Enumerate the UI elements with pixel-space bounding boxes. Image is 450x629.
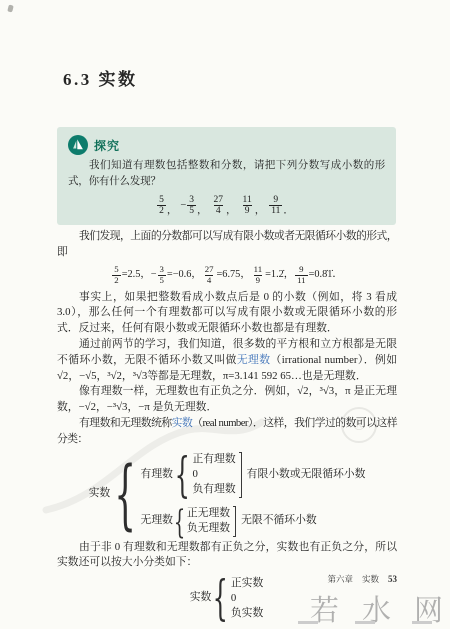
brace: { [114, 456, 136, 532]
brace: { [213, 574, 228, 622]
diagram-item: 0 [231, 591, 236, 606]
fraction: 119， [240, 195, 269, 217]
branch-label: 有理数 [141, 467, 173, 483]
fraction: 274， [211, 195, 240, 217]
scan-speck [7, 4, 14, 12]
paragraph-signs: 像有理数一样，无理数也有正负之分．例如，√2，³√3，π 是正无理数，−√2，−… [57, 384, 397, 416]
diagram-root: 实数 [89, 486, 111, 502]
classification-diagram-1: 实数 { 有理数 { 正有理数 0 负有理数 有限小数或无限循环小数 无理数 {… [57, 451, 397, 538]
footer-chapter: 第六章 [327, 573, 353, 585]
branch-note: 无限不循环小数 [241, 513, 317, 529]
footer-section: 实数 [362, 573, 379, 585]
right-bracket [239, 452, 242, 498]
branch-label: 无理数 [141, 513, 173, 529]
watermark-subtext [298, 621, 432, 624]
fraction: 52， [156, 195, 180, 217]
paragraph-sign-classification: 由于非 0 有理数和无理数都有正负之分，实数也有正负之分，所以实数还可以按大小分… [57, 540, 397, 572]
paragraph-discovery: 我们发现，上面的分数都可以写成有限小数或者无限循环小数的形式，即 [57, 229, 397, 261]
brace: { [175, 451, 190, 499]
equation: 274=6.75， [202, 265, 251, 285]
diagram-item: 正无理数 [187, 506, 230, 521]
diagram-item: 负实数 [231, 606, 263, 621]
explore-label: 探究 [94, 137, 120, 154]
branch-irrational: 无理数 { 正无理数 负无理数 无限不循环小数 [141, 505, 366, 538]
explore-header: 探究 [68, 134, 385, 156]
equation: 911=0.8̇1̇． [294, 265, 343, 285]
page-footer: 第六章 实数 53 [327, 573, 397, 585]
diagram-item: 0 [192, 467, 235, 482]
fraction: −35， [180, 195, 210, 217]
footer-page-number: 53 [388, 574, 397, 584]
explore-fraction-list: 52， −35， 274， 119， 911． [68, 195, 385, 217]
paragraph-irrational: 通过前两节的学习，我们知道，很多数的平方根和立方根都是无限不循环小数，无限不循环… [57, 337, 397, 384]
branch-note: 有限小数或无限循环小数 [247, 467, 366, 483]
explore-sail-icon [68, 135, 88, 155]
equation: 119=1.2̇， [251, 265, 294, 285]
diagram-root: 实数 [190, 590, 212, 606]
right-bracket [233, 506, 236, 537]
brace: { [174, 505, 186, 538]
section-title: 6.3 实数 [63, 65, 138, 90]
equation: −35=−0.6， [151, 265, 202, 285]
branch-rational: 有理数 { 正有理数 0 负有理数 有限小数或无限循环小数 [141, 451, 366, 499]
decimal-equations: 52=2.5， −35=−0.6， 274=6.75， 119=1.2̇， 91… [57, 262, 397, 289]
term-real: 实数 [172, 417, 193, 429]
body-text: 我们发现，上面的分数都可以写成有限小数或者无限循环小数的形式，即 52=2.5，… [57, 229, 397, 624]
equation: 52=2.5， [111, 265, 150, 285]
paragraph-real: 有理数和无理数统称实数（real number）．这样，我们学过的数可以这样分类… [57, 416, 397, 448]
textbook-page: { "page": { "title": "6.3 实数", "footer":… [0, 0, 450, 629]
diagram-item: 负无理数 [187, 521, 230, 536]
diagram-item: 正实数 [231, 576, 263, 591]
paragraph-integers: 事实上，如果把整数看成小数点后是 0 的小数（例如，将 3 看成 3.0），那么… [57, 290, 397, 337]
diagram-item: 正有理数 [192, 452, 235, 467]
explore-box: 探究 我们知道有理数包括整数和分数，请把下列分数写成小数的形式，你有什么发现？ … [57, 127, 396, 225]
fraction: 911． [268, 195, 297, 217]
explore-question: 我们知道有理数包括整数和分数，请把下列分数写成小数的形式，你有什么发现？ [68, 158, 385, 190]
term-irrational: 无理数 [237, 354, 271, 366]
diagram-item: 负有理数 [192, 482, 235, 497]
